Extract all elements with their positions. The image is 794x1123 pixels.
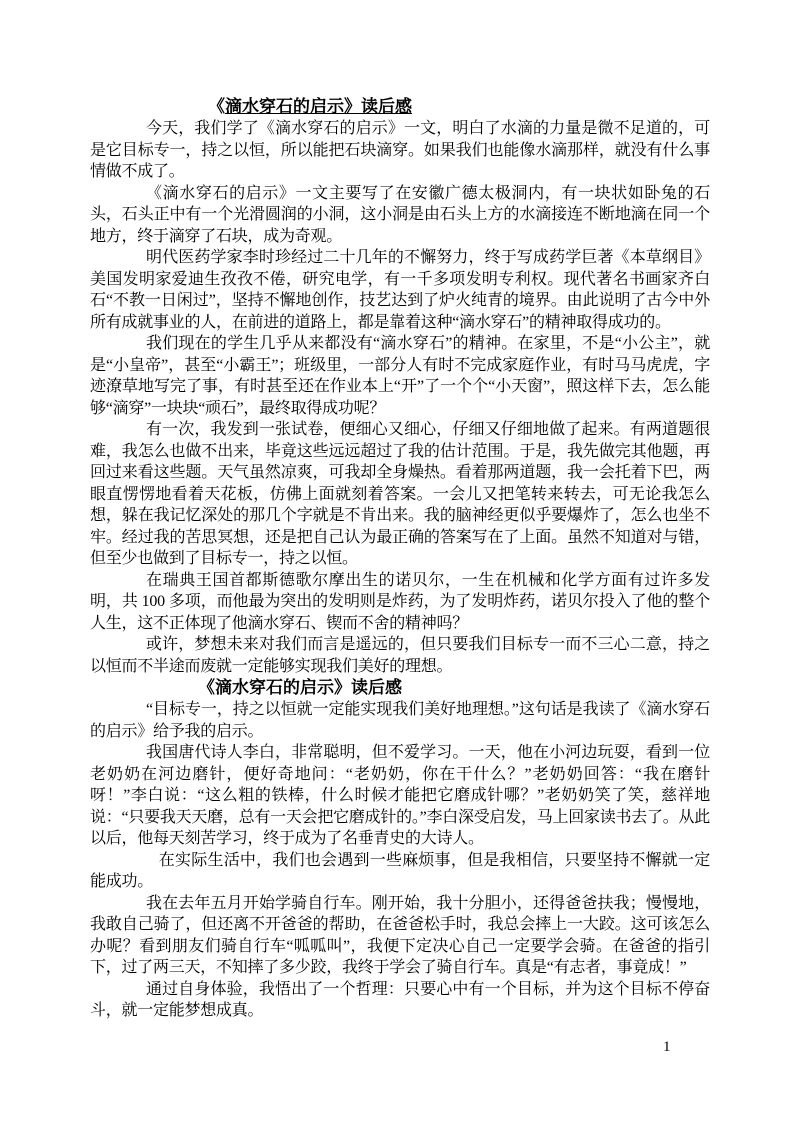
essay1-title: 《滴水穿石的启示》读后感 <box>90 96 710 118</box>
essay2-paragraph-2: 我国唐代诗人李白，非常聪明，但不爱学习。一天，他在小河边玩耍，看到一位老奶奶在河… <box>90 742 710 850</box>
essay2-paragraph-3: 在实际生活中，我们也会遇到一些麻烦事，但是我相信，只要坚持不懈就一定能成功。 <box>90 850 710 893</box>
essay1-paragraph-6: 在瑞典王国首都斯德歌尔摩出生的诺贝尔，一生在机械和化学方面有过许多发明，共 10… <box>90 570 710 635</box>
essay2-paragraph-5: 通过自身体验，我悟出了一个哲理：只要心中有一个目标，并为这个目标不停奋斗，就一定… <box>90 979 710 1022</box>
document-content: 《滴水穿石的启示》读后感 今天，我们学了《滴水穿石的启示》一文，明白了水滴的力量… <box>90 96 710 1022</box>
essay1-title-main: 滴水穿石的启示》读后感 <box>225 97 412 116</box>
essay1-paragraph-7: 或许，梦想未来对我们而言是遥远的，但只要我们目标专一而不三心二意，持之以恒而不半… <box>90 634 710 677</box>
essay2-title: 《滴水穿石的启示》读后感 <box>90 677 710 699</box>
essay1-paragraph-3: 明代医药学家李时珍经过二十几年的不懈努力，终于写成药学巨著《本草纲目》 美国发明… <box>90 247 710 333</box>
essay1-paragraph-1: 今天，我们学了《滴水穿石的启示》一文，明白了水滴的力量是微不足道的，可是它目标专… <box>90 118 710 183</box>
essay2-paragraph-4: 我在去年五月开始学骑自行车。刚开始，我十分胆小，还得爸爸扶我；慢慢地，我敢自己骑… <box>90 893 710 979</box>
essay1-paragraph-5: 有一次，我发到一张试卷，便细心又细心，仔细又仔细地做了起来。有两道题很难，我怎么… <box>90 419 710 570</box>
essay1-title-prefix: 《 <box>208 97 225 116</box>
document-page: 《滴水穿石的启示》读后感 今天，我们学了《滴水穿石的启示》一文，明白了水滴的力量… <box>0 0 794 1123</box>
essay1-paragraph-2: 《滴水穿石的启示》一文主要写了在安徽广德太极洞内，有一块状如卧兔的石头，石头正中… <box>90 183 710 248</box>
essay1-paragraph-4: 我们现在的学生几乎从来都没有“滴水穿石”的精神。在家里，不是“小公主”，就是“小… <box>90 333 710 419</box>
essay2-paragraph-1: “目标专一，持之以恒就一定能实现我们美好地理想。”这句话是我读了《滴水穿石的启示… <box>90 699 710 742</box>
page-number: 1 <box>663 1038 671 1056</box>
